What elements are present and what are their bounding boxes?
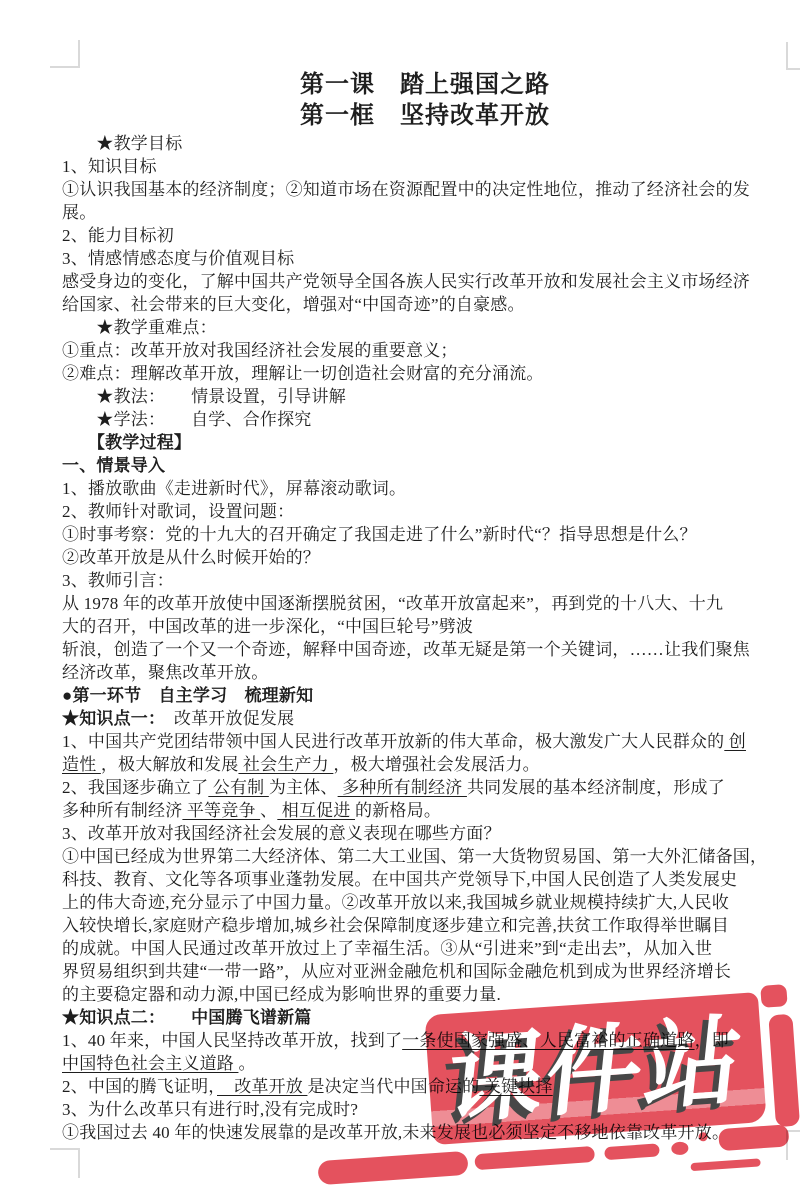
doc-line: ②难点：理解改革开放，理解让一切创造社会财富的充分涌流。 — [62, 362, 788, 385]
text-segment: ①重点：改革开放对我国经济社会发展的重要意义； — [62, 341, 458, 360]
doc-line: 中国特色社会主义道路 。 — [62, 1052, 788, 1075]
margin-corner-mark-top-right-v — [786, 42, 788, 70]
text-segment: ①中国已经成为世界第二大经济体、第二大工业国、第一大货物贸易国、第一大外汇储备国… — [62, 847, 767, 866]
text-segment: 。 — [238, 1054, 255, 1073]
blank-underlined-text: 创 — [724, 732, 746, 751]
text-segment: ②难点：理解改革开放，理解让一切创造社会财富的充分涌流。 — [62, 364, 544, 383]
text-segment: 、 — [260, 801, 277, 820]
blank-underlined-text: 一条使国家强盛、人民富裕的正确道路 — [402, 1031, 694, 1050]
text-segment: 上的伟大奇迹,充分显示了中国力量。②改革开放以来,我国城乡就业规模持续扩大,人民… — [62, 893, 729, 912]
document-page: 第一课 踏上强国之路第一框 坚持改革开放 ★教学目标1、知识目标①认识我国基本的… — [0, 0, 800, 1200]
text-segment: 展。 — [62, 203, 96, 222]
doc-line: 斩浪，创造了一个又一个奇迹，解释中国奇迹，改革无疑是第一个关键词，……让我们聚焦 — [62, 638, 788, 661]
text-segment: ★知识点二： — [62, 1008, 157, 1027]
blank-underlined-text: 平等竞争 — [182, 801, 260, 820]
doc-line: 1、中国共产党团结带领中国人民进行改革开放新的伟大革命，极大激发广大人民群众的 … — [62, 730, 788, 753]
blank-underlined-text: 关键抉择 — [479, 1077, 552, 1096]
document-body: 第一课 踏上强国之路第一框 坚持改革开放 ★教学目标1、知识目标①认识我国基本的… — [62, 70, 788, 1144]
text-segment: ●第一环节 自主学习 梳理新知 — [62, 686, 313, 705]
doc-line: ★教学目标 — [62, 132, 788, 155]
blank-underlined-text: 中国特色社会主义道路 — [62, 1054, 238, 1073]
text-segment: ①时事考察：党的十九大的召开确定了我国走进了什么”新时代“？指导思想是什么？ — [62, 525, 697, 544]
text-segment: 斩浪，创造了一个又一个奇迹，解释中国奇迹，改革无疑是第一个关键词，……让我们聚焦 — [62, 640, 750, 659]
doc-line: 2、能力目标初 — [62, 224, 788, 247]
text-segment: 给国家、社会带来的巨大变化，增强对“中国奇迹”的自豪感。 — [62, 295, 525, 314]
doc-line: 感受身边的变化，了解中国共产党领导全国各族人民实行改革开放和发展社会主义市场经济 — [62, 270, 788, 293]
doc-line: 3、教师引言： — [62, 569, 788, 592]
doc-line: 入较快增长,家庭财产稳步增加,城乡社会保障制度逐步建立和完善,扶贫工作取得举世瞩… — [62, 914, 788, 937]
margin-corner-mark-bottom-right — [786, 1130, 800, 1132]
text-segment: 多种所有制经济 — [62, 801, 182, 820]
doc-line: 的主要稳定器和动力源,中国已经成为影响世界的重要力量. — [62, 983, 788, 1006]
doc-line: 2、教师针对歌词，设置问题： — [62, 500, 788, 523]
doc-line: ①中国已经成为世界第二大经济体、第二大工业国、第一大货物贸易国、第一大外汇储备国… — [62, 845, 788, 868]
doc-line: 展。 — [62, 201, 788, 224]
text-segment: 的新格局。 — [355, 801, 441, 820]
text-segment: 的成就。中国人民通过改革开放过上了幸福生活。③从“引进来”到“走出去”，从加入世 — [62, 939, 712, 958]
doc-line: 1、知识目标 — [62, 155, 788, 178]
doc-line: 2、我国逐步确立了 公有制 为主体、 多种所有制经济 共同发展的基本经济制度，形… — [62, 776, 788, 799]
doc-line: ★知识点二： 中国腾飞谱新篇 — [62, 1006, 788, 1029]
text-segment: 3、情感情感态度与价值观目标 — [62, 249, 294, 268]
doc-line: 经济改革，聚焦改革开放。 — [62, 661, 788, 684]
doc-line: ★教学重难点： — [62, 316, 788, 339]
blank-underlined-text: 造性 — [62, 755, 101, 774]
text-segment: 3、为什么改革只有进行时,没有完成时? — [62, 1100, 358, 1119]
doc-line: ①认识我国基本的经济制度；②知道市场在资源配置中的决定性地位，推动了经济社会的发 — [62, 178, 788, 201]
text-segment: ★学法： 自学、合作探究 — [62, 410, 312, 429]
doc-line: 2、中国的腾飞证明， 改革开放 是决定当代中国命运的 关键抉择 — [62, 1075, 788, 1098]
text-segment: ★教法： 情景设置，引导讲解 — [62, 387, 346, 406]
document-title: 第一框 坚持改革开放 — [62, 101, 788, 132]
doc-line: ★知识点一： 改革开放促发展 — [62, 707, 788, 730]
document-title: 第一课 踏上强国之路 — [62, 70, 788, 101]
doc-line: 多种所有制经济 平等竞争 、 相互促进 的新格局。 — [62, 799, 788, 822]
doc-line: 大的召开，中国改革的进一步深化，“中国巨轮号”劈波 — [62, 615, 788, 638]
text-segment: ★知识点一： — [62, 709, 157, 728]
text-segment: 2、中国的腾飞证明， — [62, 1077, 217, 1096]
stamp-border-bottom-stroke — [317, 1151, 468, 1185]
text-segment: 2、能力目标初 — [62, 226, 174, 245]
text-segment: 改革开放促发展 — [157, 709, 295, 728]
text-segment: 1、播放歌曲《走进新时代》，屏幕滚动歌词。 — [62, 479, 406, 498]
margin-corner-mark-top-left — [50, 66, 80, 68]
margin-corner-mark-top-left-v — [78, 40, 80, 68]
doc-line: 一、情景导入 — [62, 454, 788, 477]
text-segment: 感受身边的变化，了解中国共产党领导全国各族人民实行改革开放和发展社会主义市场经济 — [62, 272, 750, 291]
doc-line: ②改革开放是从什么时候开始的？ — [62, 546, 788, 569]
text-segment: 入较快增长,家庭财产稳步增加,城乡社会保障制度逐步建立和完善,扶贫工作取得举世瞩… — [62, 916, 729, 935]
doc-line: 的成就。中国人民通过改革开放过上了幸福生活。③从“引进来”到“走出去”，从加入世 — [62, 937, 788, 960]
stamp-border-bottom-stroke — [474, 1146, 595, 1170]
text-segment: 3、改革开放对我国经济社会发展的意义表现在哪些方面？ — [62, 824, 501, 843]
text-segment: ，即 — [695, 1031, 729, 1050]
text-segment: 界贸易组织到共建“一带一路”，从应对亚洲金融危机和国际金融危机到成为世界经济增长 — [62, 962, 731, 981]
text-segment: 是决定当代中国命运的 — [307, 1077, 479, 1096]
text-segment: 中国腾飞谱新篇 — [157, 1008, 312, 1027]
text-segment: 2、教师针对歌词，设置问题： — [62, 502, 294, 521]
text-segment: 第一课 踏上强国之路 — [300, 72, 550, 98]
text-segment: ★教学重难点： — [62, 318, 217, 337]
doc-line: 1、播放歌曲《走进新时代》，屏幕滚动歌词。 — [62, 477, 788, 500]
doc-line: ①重点：改革开放对我国经济社会发展的重要意义； — [62, 339, 788, 362]
text-segment: 一、情景导入 — [62, 456, 165, 475]
doc-line: 造性 ，极大解放和发展 社会生产力 ，极大增强社会发展活力。 — [62, 753, 788, 776]
doc-line: 上的伟大奇迹,充分显示了中国力量。②改革开放以来,我国城乡就业规模持续扩大,人民… — [62, 891, 788, 914]
blank-underlined-text: 改革开放 — [217, 1077, 307, 1096]
text-segment: 共同发展的基本经济制度，形成了 — [467, 778, 725, 797]
doc-line: 【教学过程】 — [62, 431, 788, 454]
text-segment: ★教学目标 — [62, 134, 182, 153]
doc-line: 从 1978 年的改革开放使中国逐渐摆脱贫困，“改革开放富起来”，再到党的十八大… — [62, 592, 788, 615]
doc-line: ★教法： 情景设置，引导讲解 — [62, 385, 788, 408]
doc-line: 3、改革开放对我国经济社会发展的意义表现在哪些方面？ — [62, 822, 788, 845]
blank-underlined-text: 相互促进 — [277, 801, 355, 820]
doc-line: 3、为什么改革只有进行时,没有完成时? — [62, 1098, 788, 1121]
doc-line: 3、情感情感态度与价值观目标 — [62, 247, 788, 270]
doc-line: 1、40 年来，中国人民坚持改革开放，找到了一条使国家强盛、人民富裕的正确道路，… — [62, 1029, 788, 1052]
doc-line: 界贸易组织到共建“一带一路”，从应对亚洲金融危机和国际金融危机到成为世界经济增长 — [62, 960, 788, 983]
text-segment: 2、我国逐步确立了 — [62, 778, 208, 797]
text-segment: 3、教师引言： — [62, 571, 174, 590]
doc-line: 给国家、社会带来的巨大变化，增强对“中国奇迹”的自豪感。 — [62, 293, 788, 316]
doc-line: ●第一环节 自主学习 梳理新知 — [62, 684, 788, 707]
text-segment: ，极大增强社会发展活力。 — [333, 755, 539, 774]
margin-corner-mark-bottom-left-v — [78, 1148, 80, 1178]
doc-line: 科技、教育、文化等各项事业蓬勃发展。在中国共产党领导下,中国人民创造了人类发展史 — [62, 868, 788, 891]
text-segment: 1、40 年来，中国人民坚持改革开放，找到了 — [62, 1031, 402, 1050]
text-segment: 大的召开，中国改革的进一步深化，“中国巨轮号”劈波 — [62, 617, 473, 636]
margin-corner-mark-bottom-left — [50, 1148, 80, 1150]
blank-underlined-text: 公有制 — [208, 778, 269, 797]
doc-line: ★学法： 自学、合作探究 — [62, 408, 788, 431]
text-segment: 1、中国共产党团结带领中国人民进行改革开放新的伟大革命，极大激发广大人民群众的 — [62, 732, 724, 751]
doc-line: ①我国过去 40 年的快速发展靠的是改革开放,未来发展也必须坚定不移地依靠改革开… — [62, 1121, 788, 1144]
text-segment: 【教学过程】 — [62, 433, 191, 452]
text-segment: ，极大解放和发展 — [101, 755, 239, 774]
blank-underlined-text: 社会生产力 — [238, 755, 333, 774]
blank-underlined-text: 多种所有制经济 — [338, 778, 467, 797]
text-segment: 为主体、 — [269, 778, 338, 797]
stamp-border-bottom-stroke — [604, 1143, 660, 1160]
text-segment: 的主要稳定器和动力源,中国已经成为影响世界的重要力量. — [62, 985, 501, 1004]
stamp-border-bottom-stroke — [690, 1158, 760, 1171]
text-segment: 1、知识目标 — [62, 157, 157, 176]
text-segment: 第一框 坚持改革开放 — [300, 103, 550, 129]
text-segment: ②改革开放是从什么时候开始的？ — [62, 548, 320, 567]
margin-corner-mark-top-right — [786, 68, 800, 70]
text-segment: 科技、教育、文化等各项事业蓬勃发展。在中国共产党领导下,中国人民创造了人类发展史 — [62, 870, 737, 889]
doc-line: ①时事考察：党的十九大的召开确定了我国走进了什么”新时代“？指导思想是什么？ — [62, 523, 788, 546]
text-segment: 从 1978 年的改革开放使中国逐渐摆脱贫困，“改革开放富起来”，再到党的十八大… — [62, 594, 723, 613]
text-segment: 经济改革，聚焦改革开放。 — [62, 663, 268, 682]
text-segment: ①我国过去 40 年的快速发展靠的是改革开放,未来发展也必须坚定不移地依靠改革开… — [62, 1123, 729, 1142]
text-segment: ①认识我国基本的经济制度；②知道市场在资源配置中的决定性地位，推动了经济社会的发 — [62, 180, 750, 199]
